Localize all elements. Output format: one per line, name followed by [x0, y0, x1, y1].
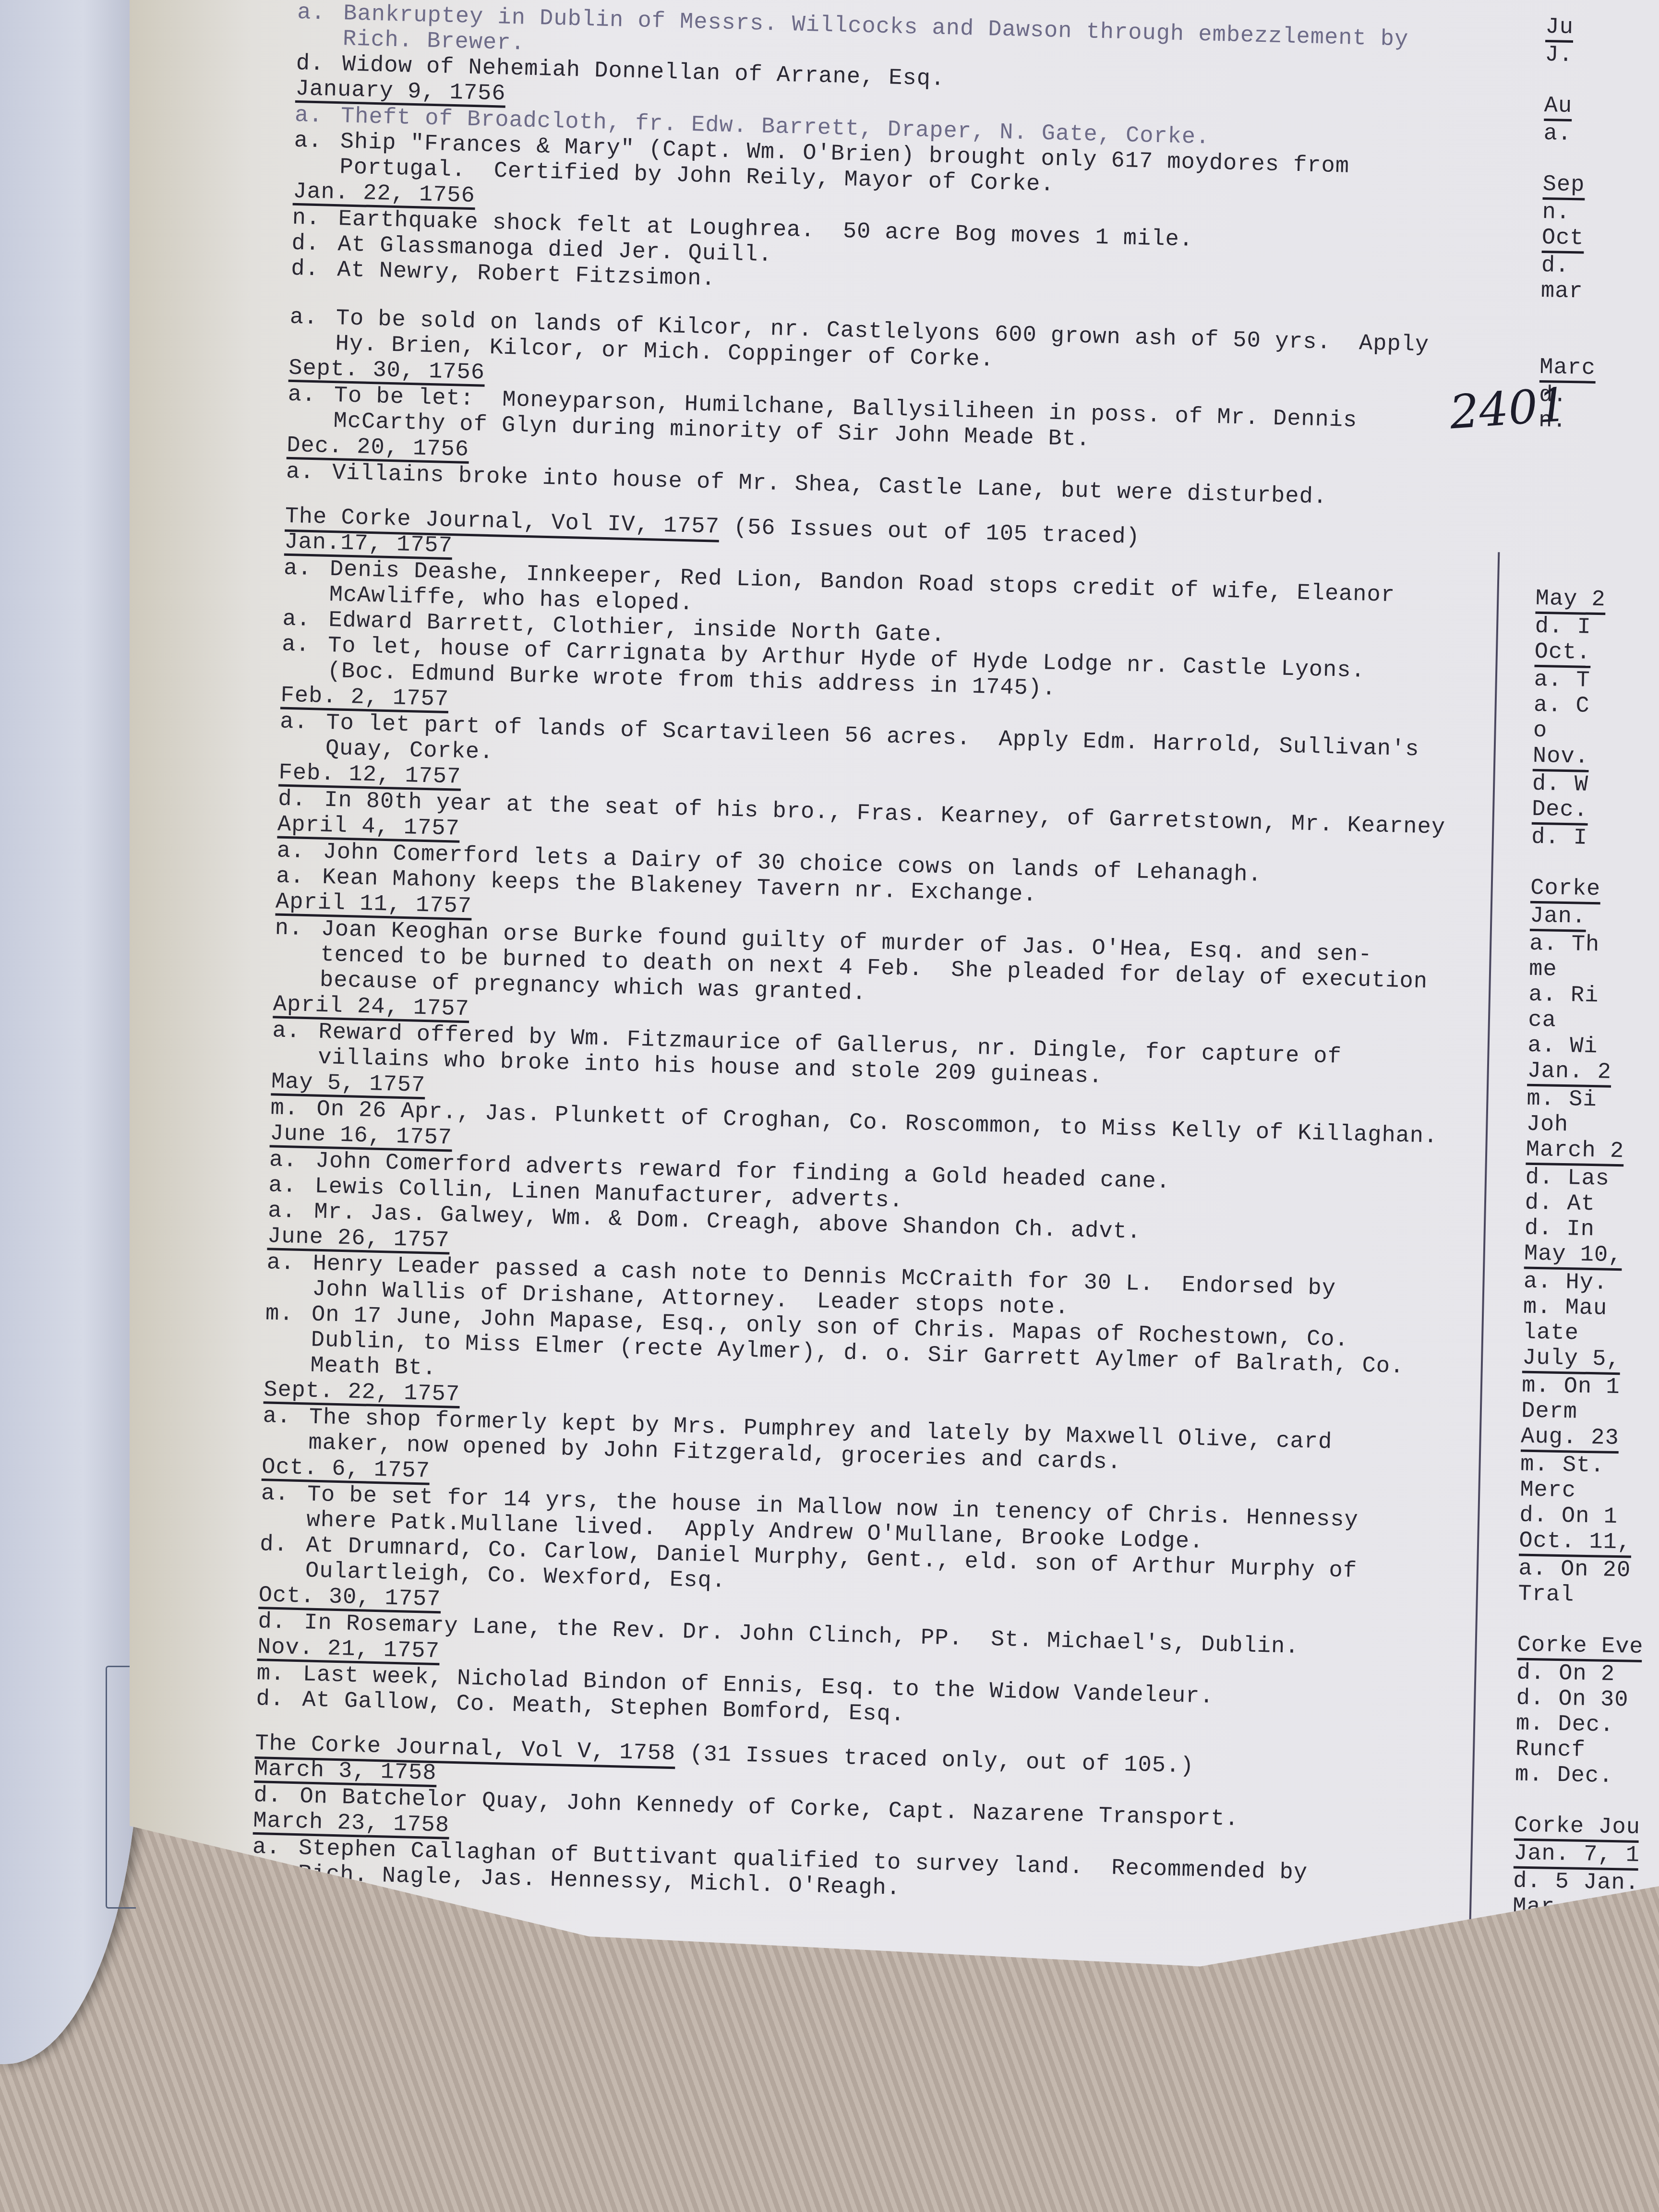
- right-column-fragment: Runcf: [1515, 1736, 1640, 1764]
- entry-type-tag: a.: [281, 632, 328, 684]
- right-column-fragment: ca: [1528, 1008, 1653, 1035]
- entry-type-tag: d.: [256, 1686, 302, 1713]
- date-heading: March 3, 1758: [254, 1758, 437, 1787]
- entry-type-tag: a.: [293, 128, 341, 180]
- date-heading: Jan.17, 1757: [284, 531, 453, 560]
- entry-type-tag: a.: [294, 103, 341, 129]
- right-column-fragment: [1515, 1787, 1640, 1815]
- right-column-fragment: d. W: [1532, 771, 1658, 799]
- entry-type-tag: d.: [296, 51, 342, 77]
- right-column-fragment: [1538, 459, 1659, 487]
- entry-type-tag: a.: [260, 1481, 308, 1533]
- right-column-fragment: Sep: [1542, 172, 1659, 202]
- right-column-fragment: a.: [1543, 121, 1659, 149]
- date-heading: Oct.: [1534, 639, 1591, 668]
- date-heading: Jan.: [1530, 903, 1587, 932]
- date-heading: Jan. 7, 1: [1514, 1840, 1640, 1871]
- right-column-fragment: Corke Jour: [1514, 1813, 1639, 1843]
- date-heading: Au: [1544, 93, 1572, 121]
- date-heading: Sep: [1542, 172, 1585, 201]
- right-column-fragment: mar: [1540, 278, 1659, 306]
- right-column-fragment: Tral: [1518, 1582, 1643, 1610]
- right-column-fragment: [1544, 68, 1659, 96]
- entry-type-tag: a.: [286, 459, 332, 486]
- date-heading: Feb. 12, 1757: [278, 762, 461, 791]
- right-column-fragment: Nov.: [1532, 744, 1658, 774]
- entry-type-tag: a.: [266, 1250, 313, 1302]
- right-column-fragment: m. On 1: [1522, 1373, 1647, 1401]
- right-column-fragment: d. On 1: [1519, 1503, 1645, 1531]
- right-column-fragment: [1540, 329, 1659, 357]
- right-column-fragment: Derm: [1521, 1399, 1647, 1427]
- entry-type-tag: d.: [258, 1609, 304, 1635]
- right-column-fragment: a. On 20: [1518, 1556, 1644, 1584]
- entry-type-tag: a.: [282, 607, 329, 633]
- date-heading: June 26, 1757: [267, 1226, 450, 1254]
- right-column-fragment: d. Las: [1525, 1165, 1650, 1193]
- date-heading: Oct. 30, 1757: [258, 1585, 441, 1613]
- date-heading: Ju: [1545, 14, 1574, 43]
- right-column-fragment: Ju: [1545, 14, 1659, 45]
- right-column-fragment: d. I: [1535, 614, 1659, 642]
- right-column-fragment: [1537, 510, 1659, 538]
- right-column-fragment: Dec.: [1532, 797, 1657, 827]
- right-column-fragment: Merc: [1520, 1478, 1645, 1505]
- entry-type-tag: a.: [269, 1147, 315, 1174]
- entry-type-tag: d.: [278, 787, 325, 813]
- right-column-fragment: Corke: [1530, 876, 1656, 906]
- right-column-fragment: Oct: [1541, 225, 1659, 255]
- right-column-fragment: Corke Eve: [1517, 1632, 1642, 1662]
- handwritten-page-number: 2401: [1448, 378, 1569, 440]
- entry-type-tag: m.: [256, 1661, 303, 1687]
- right-column-fragment: late: [1523, 1320, 1648, 1348]
- entry-type-tag: a.: [279, 709, 326, 761]
- right-column-fragment: m. Dec.: [1515, 1711, 1641, 1739]
- right-column-fragment: July 5,: [1522, 1346, 1647, 1376]
- date-heading: July 5,: [1522, 1346, 1621, 1375]
- right-column-fragment: m. Dec.: [1515, 1762, 1640, 1790]
- right-column-fragment: [1536, 561, 1659, 589]
- right-column-fragment: d. In: [1524, 1216, 1649, 1244]
- right-column-fragment: m. Mau: [1523, 1295, 1648, 1322]
- date-heading: Oct. 6, 1757: [262, 1456, 431, 1485]
- right-column-fragment: m. Si: [1527, 1086, 1652, 1114]
- right-column-fragment: o: [1533, 718, 1658, 746]
- entry-type-tag: a.: [268, 1198, 314, 1225]
- date-heading: Corke Jour: [1514, 1813, 1655, 1843]
- date-heading: Oct: [1541, 225, 1584, 254]
- date-heading: April 4, 1757: [277, 814, 460, 842]
- right-column-fragment: [1536, 535, 1659, 563]
- entry-type-tag: a.: [268, 1173, 315, 1199]
- entry-type-tag: n.: [273, 915, 321, 993]
- entry-type-tag: m.: [270, 1095, 317, 1122]
- right-column-fragment: d. 5 Jan.: [1513, 1868, 1638, 1896]
- date-heading: Dec. 20, 1756: [287, 435, 469, 464]
- date-heading: Aug. 23: [1521, 1424, 1619, 1454]
- right-column-fragment: d.: [1541, 253, 1659, 281]
- right-column-fragment: Aug. 23: [1521, 1424, 1646, 1455]
- date-heading: Corke Eve: [1517, 1632, 1644, 1662]
- entry-type-tag: m.: [264, 1301, 312, 1378]
- right-column-fragment: d. I: [1531, 825, 1657, 853]
- right-column-fragment: me: [1529, 957, 1654, 985]
- right-column-fragment: May 10,: [1524, 1241, 1649, 1272]
- previous-page-leaf: [0, 0, 139, 2064]
- date-heading: Nov.: [1532, 744, 1589, 772]
- date-heading: Jan. 22, 1756: [293, 181, 476, 210]
- right-column-fragment: a. Wi: [1527, 1033, 1653, 1061]
- right-column-fragment: a. Hy.: [1523, 1269, 1648, 1297]
- right-column-fragment: Jan. 2: [1527, 1058, 1652, 1089]
- entry-type-tag: a.: [272, 1018, 319, 1070]
- date-heading: Jan. 2: [1527, 1058, 1611, 1088]
- right-column-fragment: Oct.: [1534, 639, 1659, 670]
- entry-type-tag: d.: [291, 256, 337, 283]
- right-column-fragment: d. On 2: [1516, 1660, 1642, 1688]
- document-page: a.Bankruptey in Dublin of Messrs. Willco…: [130, 0, 1659, 2007]
- right-column-fragment: [1531, 850, 1656, 878]
- right-column-fragment: [1538, 433, 1659, 461]
- right-column-fragment: m. St.: [1520, 1452, 1646, 1480]
- entry-type-tag: a.: [283, 556, 330, 608]
- right-column-fragment: [1537, 484, 1659, 512]
- entry-type-tag: d.: [259, 1532, 306, 1584]
- right-column-fragment: d. On 30: [1516, 1685, 1641, 1713]
- entry-type-tag: a.: [276, 838, 323, 865]
- right-column-fragment: d. At: [1525, 1190, 1650, 1218]
- right-column-fragment: a. T: [1534, 667, 1659, 695]
- entry-type-tag: a.: [276, 864, 323, 890]
- date-heading: May 5, 1757: [271, 1071, 425, 1099]
- right-column-fragment: Jan.: [1530, 903, 1655, 934]
- date-heading: Feb. 2, 1757: [280, 685, 449, 714]
- date-heading: May 10,: [1524, 1241, 1622, 1271]
- date-heading: May 2: [1535, 586, 1606, 615]
- right-column-fragment: March 2: [1526, 1137, 1651, 1167]
- right-column-fragment: Oct. 11,: [1519, 1528, 1644, 1559]
- date-heading: March 2: [1526, 1137, 1624, 1167]
- right-column-fragment: [1517, 1607, 1643, 1635]
- right-column-fragment: a. C: [1533, 693, 1659, 721]
- date-heading: Corke: [1530, 876, 1601, 905]
- entry-type-tag: n.: [292, 205, 338, 232]
- date-heading: Oct. 11,: [1519, 1528, 1632, 1558]
- date-heading: June 16, 1757: [270, 1123, 453, 1152]
- entry-type-tag: a.: [296, 0, 344, 52]
- right-column-fragment: Au: [1544, 93, 1659, 123]
- right-column-fragment: a. Th: [1529, 931, 1655, 959]
- date-heading: Dec.: [1532, 797, 1588, 826]
- right-column-fragment: n.: [1542, 200, 1659, 228]
- date-heading: Nov. 21, 1757: [257, 1636, 440, 1665]
- right-column-fragment: a. Ri: [1528, 982, 1654, 1010]
- right-column-fragment: [1543, 146, 1659, 174]
- right-column-fragment: Jan. 7, 1: [1514, 1840, 1639, 1871]
- entry-type-tag: a.: [262, 1404, 310, 1455]
- right-column-fragment: May 2: [1535, 586, 1659, 616]
- main-column: a.Bankruptey in Dublin of Messrs. Willco…: [252, 0, 1659, 1920]
- right-column-fragment: Joh: [1526, 1112, 1651, 1140]
- right-column-fragment: [1540, 304, 1659, 332]
- entry-type-tag: a.: [287, 382, 335, 434]
- right-column-fragment: J.: [1545, 42, 1659, 70]
- entry-type-tag: d.: [253, 1783, 300, 1809]
- entry-type-tag: d.: [291, 231, 338, 257]
- entry-type-tag: a.: [289, 305, 337, 357]
